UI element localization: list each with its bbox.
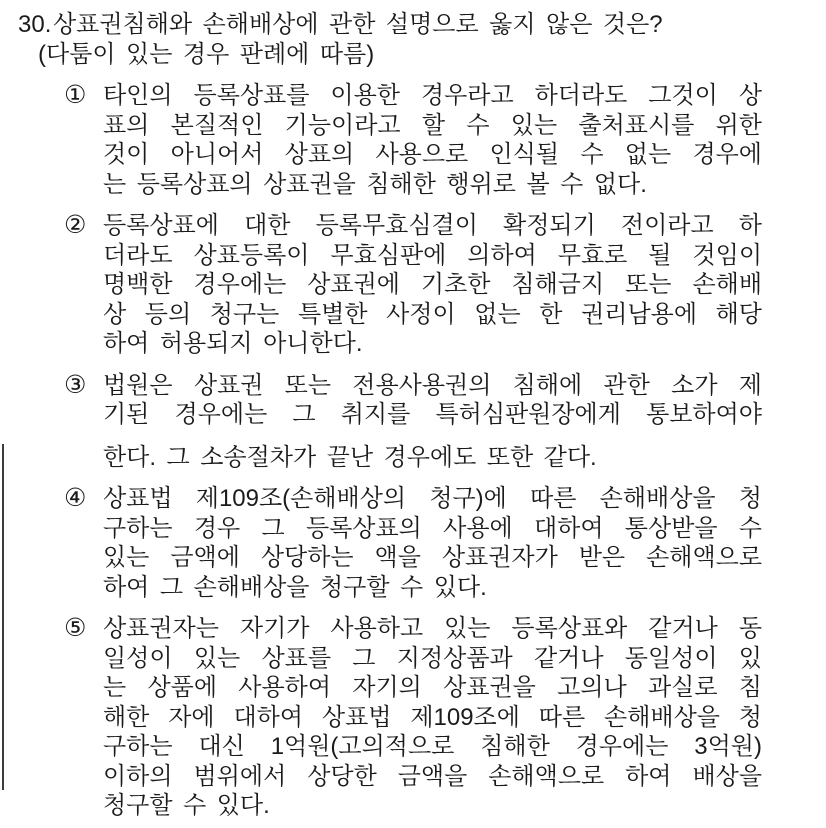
option-line: 하여 허용되지 아니한다. <box>103 329 762 359</box>
answer-option: ④ 상표법 제109조(손해배상의 청구)에 따른 손해배상을 청구하는 경우 … <box>0 484 762 602</box>
option-text: 법원은 상표권 또는 전용사용권의 침해에 관한 소가 제기된 경우에는 그 취… <box>103 371 762 473</box>
option-line: 이하의 범위에서 상당한 금액을 손해액으로 하여 배상을 <box>103 762 762 792</box>
option-line: 등록상표에 대한 등록무효심결이 확정되기 전이라고 하 <box>103 211 762 241</box>
option-line: 명백한 경우에는 상표권에 기초한 침해금지 또는 손해배 <box>103 270 762 300</box>
option-line: 청구할 수 있다. <box>103 791 762 821</box>
option-text: 타인의 등록상표를 이용한 경우라고 하더라도 그것이 상표의 본질적인 기능이… <box>103 81 762 199</box>
option-line: 구하는 경우 그 등록상표의 사용에 대하여 통상받을 수 <box>103 514 762 544</box>
option-marker: ⑤ <box>64 614 86 644</box>
options-list: ① 타인의 등록상표를 이용한 경우라고 하더라도 그것이 상표의 본질적인 기… <box>0 81 762 821</box>
answer-option: ③ 법원은 상표권 또는 전용사용권의 침해에 관한 소가 제기된 경우에는 그… <box>0 371 762 473</box>
answer-option: ② 등록상표에 대한 등록무효심결이 확정되기 전이라고 하더라도 상표등록이 … <box>0 211 762 359</box>
option-line: 한다. 그 소송절차가 끝난 경우에도 또한 같다. <box>103 443 762 473</box>
option-line: 더라도 상표등록이 무효심판에 의하여 무효로 될 것임이 <box>103 241 762 271</box>
option-line: 는 상품에 사용하여 자기의 상표권을 고의나 과실로 침 <box>103 673 762 703</box>
option-line: 상 등의 청구는 특별한 사정이 없는 한 권리남용에 해당 <box>103 300 762 330</box>
option-line: 하여 그 손해배상을 청구할 수 있다. <box>103 573 762 603</box>
question-prompt: 상표권침해와 손해배상에 관한 설명으로 옳지 않은 것은?(다툼이 있는 경우… <box>53 10 762 69</box>
exam-question-page: 30. 상표권침해와 손해배상에 관한 설명으로 옳지 않은 것은?(다툼이 있… <box>0 0 826 828</box>
option-text: 상표권자는 자기가 사용하고 있는 등록상표와 같거나 동일성이 있는 상표를 … <box>103 614 762 821</box>
option-line: 해한 자에 대하여 상표법 제109조에 따른 손해배상을 청 <box>103 703 762 733</box>
option-line: 구하는 대신 1억원(고의적으로 침해한 경우에는 3억원) <box>103 732 762 762</box>
option-marker: ② <box>64 211 86 241</box>
option-line: 타인의 등록상표를 이용한 경우라고 하더라도 그것이 상 <box>103 81 762 111</box>
question-header: 30. 상표권침해와 손해배상에 관한 설명으로 옳지 않은 것은?(다툼이 있… <box>0 10 762 69</box>
answer-option: ① 타인의 등록상표를 이용한 경우라고 하더라도 그것이 상표의 본질적인 기… <box>0 81 762 199</box>
option-line: 있는 금액에 상당하는 액을 상표권자가 받은 손해액으로 <box>103 543 762 573</box>
option-text: 등록상표에 대한 등록무효심결이 확정되기 전이라고 하더라도 상표등록이 무효… <box>103 211 762 359</box>
question-prompt-line: (다툼이 있는 경우 판례에 따름) <box>38 40 762 70</box>
option-line: 것이 아니어서 상표의 사용으로 인식될 수 없는 경우에 <box>103 140 762 170</box>
option-marker: ④ <box>64 484 86 514</box>
answer-option: ⑤ 상표권자는 자기가 사용하고 있는 등록상표와 같거나 동일성이 있는 상표… <box>0 614 762 821</box>
question-number: 30. <box>18 10 51 40</box>
option-line: 기된 경우에는 그 취지를 특허심판원장에게 통보하여야 <box>103 400 762 430</box>
option-text: 상표법 제109조(손해배상의 청구)에 따른 손해배상을 청구하는 경우 그 … <box>103 484 762 602</box>
question-prompt-line: 상표권침해와 손해배상에 관한 설명으로 옳지 않은 것은? <box>53 10 762 40</box>
option-line: 표의 본질적인 기능이라고 할 수 있는 출처표시를 위한 <box>103 111 762 141</box>
paragraph-gap <box>103 430 762 443</box>
option-line: 상표권자는 자기가 사용하고 있는 등록상표와 같거나 동 <box>103 614 762 644</box>
option-marker: ① <box>64 81 86 111</box>
option-marker: ③ <box>64 371 86 401</box>
option-line: 는 등록상표의 상표권을 침해한 행위로 볼 수 없다. <box>103 170 762 200</box>
option-line: 일성이 있는 상표를 그 지정상품과 같거나 동일성이 있 <box>103 644 762 674</box>
option-line: 법원은 상표권 또는 전용사용권의 침해에 관한 소가 제 <box>103 371 762 401</box>
option-line: 상표법 제109조(손해배상의 청구)에 따른 손해배상을 청 <box>103 484 762 514</box>
